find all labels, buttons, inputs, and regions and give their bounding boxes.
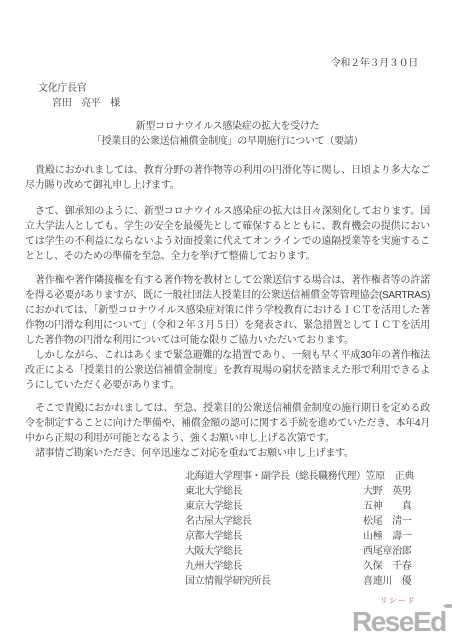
logo-wordmark: ReseEd bbox=[352, 607, 446, 637]
subject-line-1: 新型コロナウイルス感染症の拡大を受けた bbox=[25, 119, 430, 134]
signature-row: 東京大学総長 五神 真 bbox=[25, 499, 430, 514]
signatory-name: 笠原 正典 bbox=[366, 469, 415, 484]
body-paragraph-1: 貴殿におかれましては、教育分野の著作物等の利用の円滑化等に関し、日頃より多大なご… bbox=[25, 163, 430, 193]
signatory-title: 東京大学総長 bbox=[185, 499, 363, 514]
signature-row: 京都大学総長 山極 壽一 bbox=[25, 529, 430, 544]
subject-line-2: 「授業目的公衆送信補償金制度」の早期施行について（要請） bbox=[25, 134, 430, 149]
letter-subject: 新型コロナウイルス感染症の拡大を受けた 「授業目的公衆送信補償金制度」の早期施行… bbox=[25, 119, 430, 149]
signatory-title: 国立情報学研究所長 bbox=[185, 574, 363, 589]
signatory-name: 五神 真 bbox=[363, 499, 412, 514]
signature-block: 北海道大学理事・副学長（総長職務代理） 笠原 正典 東北大学総長 大野 英男 東… bbox=[25, 469, 430, 589]
body-paragraph-3: 著作権や著作隣接権を有する著作物を教材として公衆送信する場合は、著作権者等の許諾… bbox=[25, 273, 430, 348]
signature-row: 名古屋大学総長 松尾 清一 bbox=[25, 514, 430, 529]
reseed-watermark-logo: リシード ReseEd bbox=[352, 599, 452, 637]
body-paragraph-4: しかしながら、これはあくまで緊急避難的な措置であり、一刻も早く平成30年の著作権… bbox=[25, 348, 430, 393]
signature-row: 北海道大学理事・副学長（総長職務代理） 笠原 正典 bbox=[25, 469, 430, 484]
letter-page: 令和２年３月３０日 文化庁長官 宮田 亮平 様 新型コロナウイルス感染症の拡大を… bbox=[0, 0, 452, 640]
signatory-name: 喜連川 優 bbox=[363, 574, 412, 589]
signatory-name: 西尾章治郎 bbox=[363, 544, 412, 559]
signatory-name: 松尾 清一 bbox=[363, 514, 412, 529]
signatory-title: 名古屋大学総長 bbox=[185, 514, 363, 529]
signatory-name: 山極 壽一 bbox=[363, 529, 412, 544]
letter-content: 令和２年３月３０日 文化庁長官 宮田 亮平 様 新型コロナウイルス感染症の拡大を… bbox=[0, 0, 452, 640]
signatory-title: 京都大学総長 bbox=[185, 529, 363, 544]
logo-ruby-text: リシード bbox=[380, 597, 416, 605]
signatory-title: 九州大学総長 bbox=[185, 559, 363, 574]
signature-row: 九州大学総長 久保 千春 bbox=[25, 559, 430, 574]
signature-row: 東北大学総長 大野 英男 bbox=[25, 484, 430, 499]
addressee-block: 文化庁長官 宮田 亮平 様 bbox=[25, 81, 430, 111]
body-paragraph-6: 諸事情ご勘案いただき、何卒迅速なご対応を重ねてお願い申し上げます。 bbox=[25, 446, 430, 461]
signature-row: 大阪大学総長 西尾章治郎 bbox=[25, 544, 430, 559]
addressee-name: 宮田 亮平 様 bbox=[52, 96, 430, 111]
signatory-title: 大阪大学総長 bbox=[185, 544, 363, 559]
signatory-name: 大野 英男 bbox=[363, 484, 412, 499]
letter-date: 令和２年３月３０日 bbox=[25, 56, 430, 71]
signatory-title: 東北大学総長 bbox=[185, 484, 363, 499]
signature-row: 国立情報学研究所長 喜連川 優 bbox=[25, 574, 430, 589]
signatory-title: 北海道大学理事・副学長（総長職務代理） bbox=[185, 469, 366, 484]
addressee-org: 文化庁長官 bbox=[38, 81, 430, 96]
signatory-name: 久保 千春 bbox=[363, 559, 412, 574]
body-paragraph-5: そこで貴殿におかれましては、至急、授業目的公衆送信補償金制度の施行期日を定める政… bbox=[25, 401, 430, 446]
body-paragraph-2: さて、御承知のように、新型コロナウイルス感染症の拡大は日々深刻化しております。国… bbox=[25, 204, 430, 264]
